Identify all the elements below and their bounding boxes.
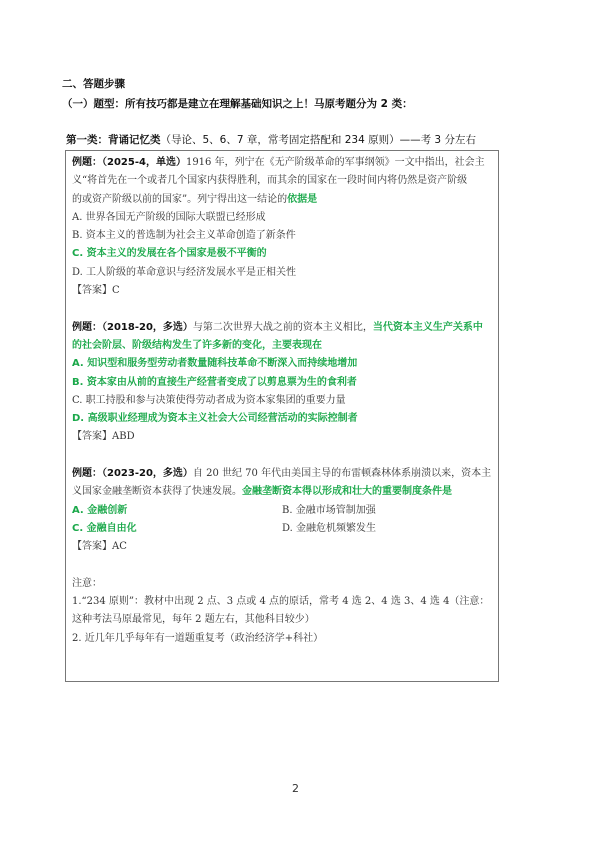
option-d: D. 工人阶级的革命意识与经济发展水平是正相关性 — [72, 264, 492, 282]
section-heading: 二、答题步骤 — [62, 76, 125, 91]
example-1-stem-line-3: 的或资产阶级以前的国家”。列宁得出这一结论的依据是 — [72, 191, 492, 209]
example-1-stem-line-2: 义“将首先在一个或者几个国家内获得胜利，而其余的国家在一段时间内将仍然是资产阶级 — [72, 172, 492, 190]
notes-title: 注意： — [72, 575, 492, 593]
example-2-stem-line-1: 例题：（2018-20，多选）与第二次世界大战之前的资本主义相比，当代资本主义生… — [72, 319, 492, 337]
note-line-2: 这种考法马原最常见，每年 2 题左右，其他科目较少） — [72, 611, 492, 629]
options-row-2: C. 金融自由化 D. 金融危机频繁发生 — [72, 520, 492, 538]
stem-highlight: 当代资本主义生产关系中 — [373, 322, 483, 333]
stem-highlight: 金融垄断资本得以形成和壮大的重要制度条件是 — [242, 486, 452, 497]
example-2-stem-line-2: 的社会阶层、阶级结构发生了许多新的变化，主要表现在 — [72, 337, 492, 355]
answer: 【答案】AC — [72, 538, 492, 556]
spacer — [72, 447, 492, 465]
stem-text: 与第二次世界大战之前的资本主义相比， — [193, 322, 373, 333]
option-c-correct: C. 资本主义的发展在各个国家是极不平衡的 — [72, 245, 492, 263]
example-label: 例题： — [72, 322, 102, 333]
category-heading: 第一类：背诵记忆类（导论、5、6、7 章，常考固定搭配和 234 原则）——考 … — [66, 132, 476, 147]
note-line-3: 2. 近几年几乎每年有一道题重复考（政治经济学+科社） — [72, 630, 492, 648]
option-a-correct: A. 金融创新 — [72, 502, 282, 520]
example-tag: （2023-20，多选） — [102, 468, 193, 479]
example-3-stem-line-2: 义国家金融垄断资本获得了快速发展。金融垄断资本得以形成和壮大的重要制度条件是 — [72, 483, 492, 501]
note-line-1: 1.“234 原则”：教材中出现 2 点、3 点或 4 点的原话，常考 4 选 … — [72, 593, 492, 611]
option-c-correct: C. 金融自由化 — [72, 520, 282, 538]
example-label: 例题： — [72, 468, 102, 479]
stem-text: 义国家金融垄断资本获得了快速发展。 — [72, 486, 242, 497]
example-1-stem-line-1: 例题：（2025-4，单选）1916 年，列宁在《无产阶级革命的军事纲领》一文中… — [72, 154, 492, 172]
answer: 【答案】C — [72, 282, 492, 300]
option-b: B. 金融市场管制加强 — [282, 502, 492, 520]
subsection-heading: （一）题型：所有技巧都是建立在理解基础知识之上！马原考题分为 2 类： — [62, 96, 413, 111]
option-a-correct: A. 知识型和服务型劳动者数量随科技革命不断深入而持续地增加 — [72, 355, 492, 373]
spacer — [72, 300, 492, 318]
stem-text: 1916 年，列宁在《无产阶级革命的军事纲领》一文中指出，社会主 — [186, 157, 485, 168]
option-c: C. 职工持股和参与决策使得劳动者成为资本家集团的重要力量 — [72, 392, 492, 410]
stem-text: 自 20 世纪 70 年代由美国主导的布雷顿森林体系崩溃以来，资本主 — [193, 468, 491, 479]
option-a: A. 世界各国无产阶级的国际大联盟已经形成 — [72, 209, 492, 227]
document-page: 二、答题步骤 （一）题型：所有技巧都是建立在理解基础知识之上！马原考题分为 2 … — [0, 0, 596, 842]
stem-highlight: 依据是 — [287, 194, 317, 205]
option-d-correct: D. 高级职业经理成为资本主义社会大公司经营活动的实际控制者 — [72, 410, 492, 428]
page-number: 2 — [292, 782, 299, 795]
example-label: 例题： — [72, 157, 102, 168]
category-detail: （导论、5、6、7 章，常考固定搭配和 234 原则）——考 3 分左右 — [161, 134, 476, 146]
stem-text: 的或资产阶级以前的国家”。列宁得出这一结论的 — [72, 194, 287, 205]
example-3-stem-line-1: 例题：（2023-20，多选）自 20 世纪 70 年代由美国主导的布雷顿森林体… — [72, 465, 492, 483]
answer: 【答案】ABD — [72, 428, 492, 446]
category-title: 第一类：背诵记忆类 — [66, 134, 161, 146]
option-d: D. 金融危机频繁发生 — [282, 520, 492, 538]
examples-box: 例题：（2025-4，单选）1916 年，列宁在《无产阶级革命的军事纲领》一文中… — [65, 150, 499, 682]
example-tag: （2025-4，单选） — [102, 157, 186, 168]
option-b: B. 资本主义的普选制为社会主义革命创造了新条件 — [72, 227, 492, 245]
example-tag: （2018-20，多选） — [102, 322, 193, 333]
option-b-correct: B. 资本家由从前的直接生产经营者变成了以剪息票为生的食利者 — [72, 374, 492, 392]
spacer — [72, 557, 492, 575]
options-row-1: A. 金融创新 B. 金融市场管制加强 — [72, 502, 492, 520]
